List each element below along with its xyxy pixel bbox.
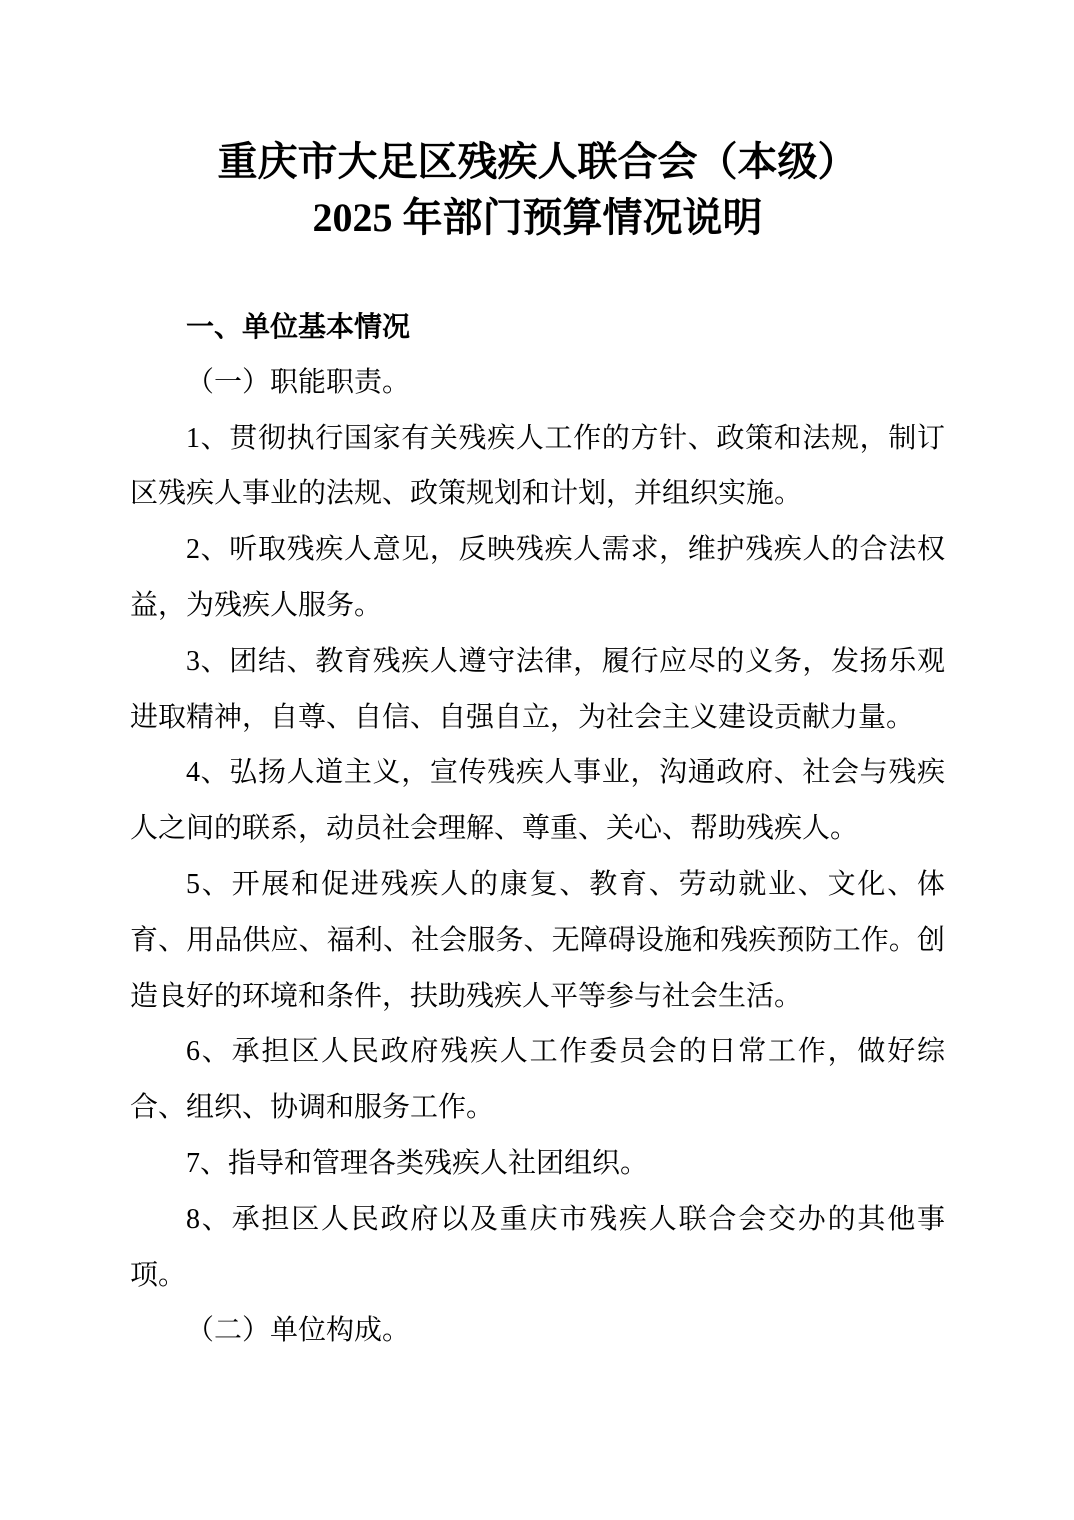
paragraph-duties-label: （一）职能职责。 — [130, 355, 945, 411]
paragraph-duty-4: 4、弘扬人道主义，宣传残疾人事业，沟通政府、社会与残疾人之间的联系，动员社会理解… — [130, 745, 945, 857]
paragraph-duty-3: 3、团结、教育残疾人遵守法律，履行应尽的义务，发扬乐观进取精神，自尊、自信、自强… — [130, 634, 945, 746]
paragraph-unit-composition-label: （二）单位构成。 — [130, 1303, 945, 1359]
paragraph-duty-1: 1、贯彻执行国家有关残疾人工作的方针、政策和法规，制订区残疾人事业的法规、政策规… — [130, 411, 945, 523]
document-title-line-2: 2025 年部门预算情况说明 — [130, 190, 945, 246]
paragraph-duty-6: 6、承担区人民政府残疾人工作委员会的日常工作，做好综合、组织、协调和服务工作。 — [130, 1024, 945, 1136]
document-title: 重庆市大足区残疾人联合会（本级） 2025 年部门预算情况说明 — [130, 134, 945, 246]
paragraph-duty-7: 7、指导和管理各类残疾人社团组织。 — [130, 1136, 945, 1192]
document-title-line-1: 重庆市大足区残疾人联合会（本级） — [130, 134, 945, 190]
paragraph-duty-2: 2、听取残疾人意见，反映残疾人需求，维护残疾人的合法权益，为残疾人服务。 — [130, 522, 945, 634]
paragraph-duty-8: 8、承担区人民政府以及重庆市残疾人联合会交办的其他事项。 — [130, 1192, 945, 1304]
document-body: 一、单位基本情况 （一）职能职责。 1、贯彻执行国家有关残疾人工作的方针、政策和… — [130, 299, 945, 1359]
paragraph-duty-5: 5、开展和促进残疾人的康复、教育、劳动就业、文化、体育、用品供应、福利、社会服务… — [130, 857, 945, 1024]
document-page: 重庆市大足区残疾人联合会（本级） 2025 年部门预算情况说明 一、单位基本情况… — [0, 0, 1074, 1520]
section-heading-basic-info: 一、单位基本情况 — [130, 299, 945, 355]
